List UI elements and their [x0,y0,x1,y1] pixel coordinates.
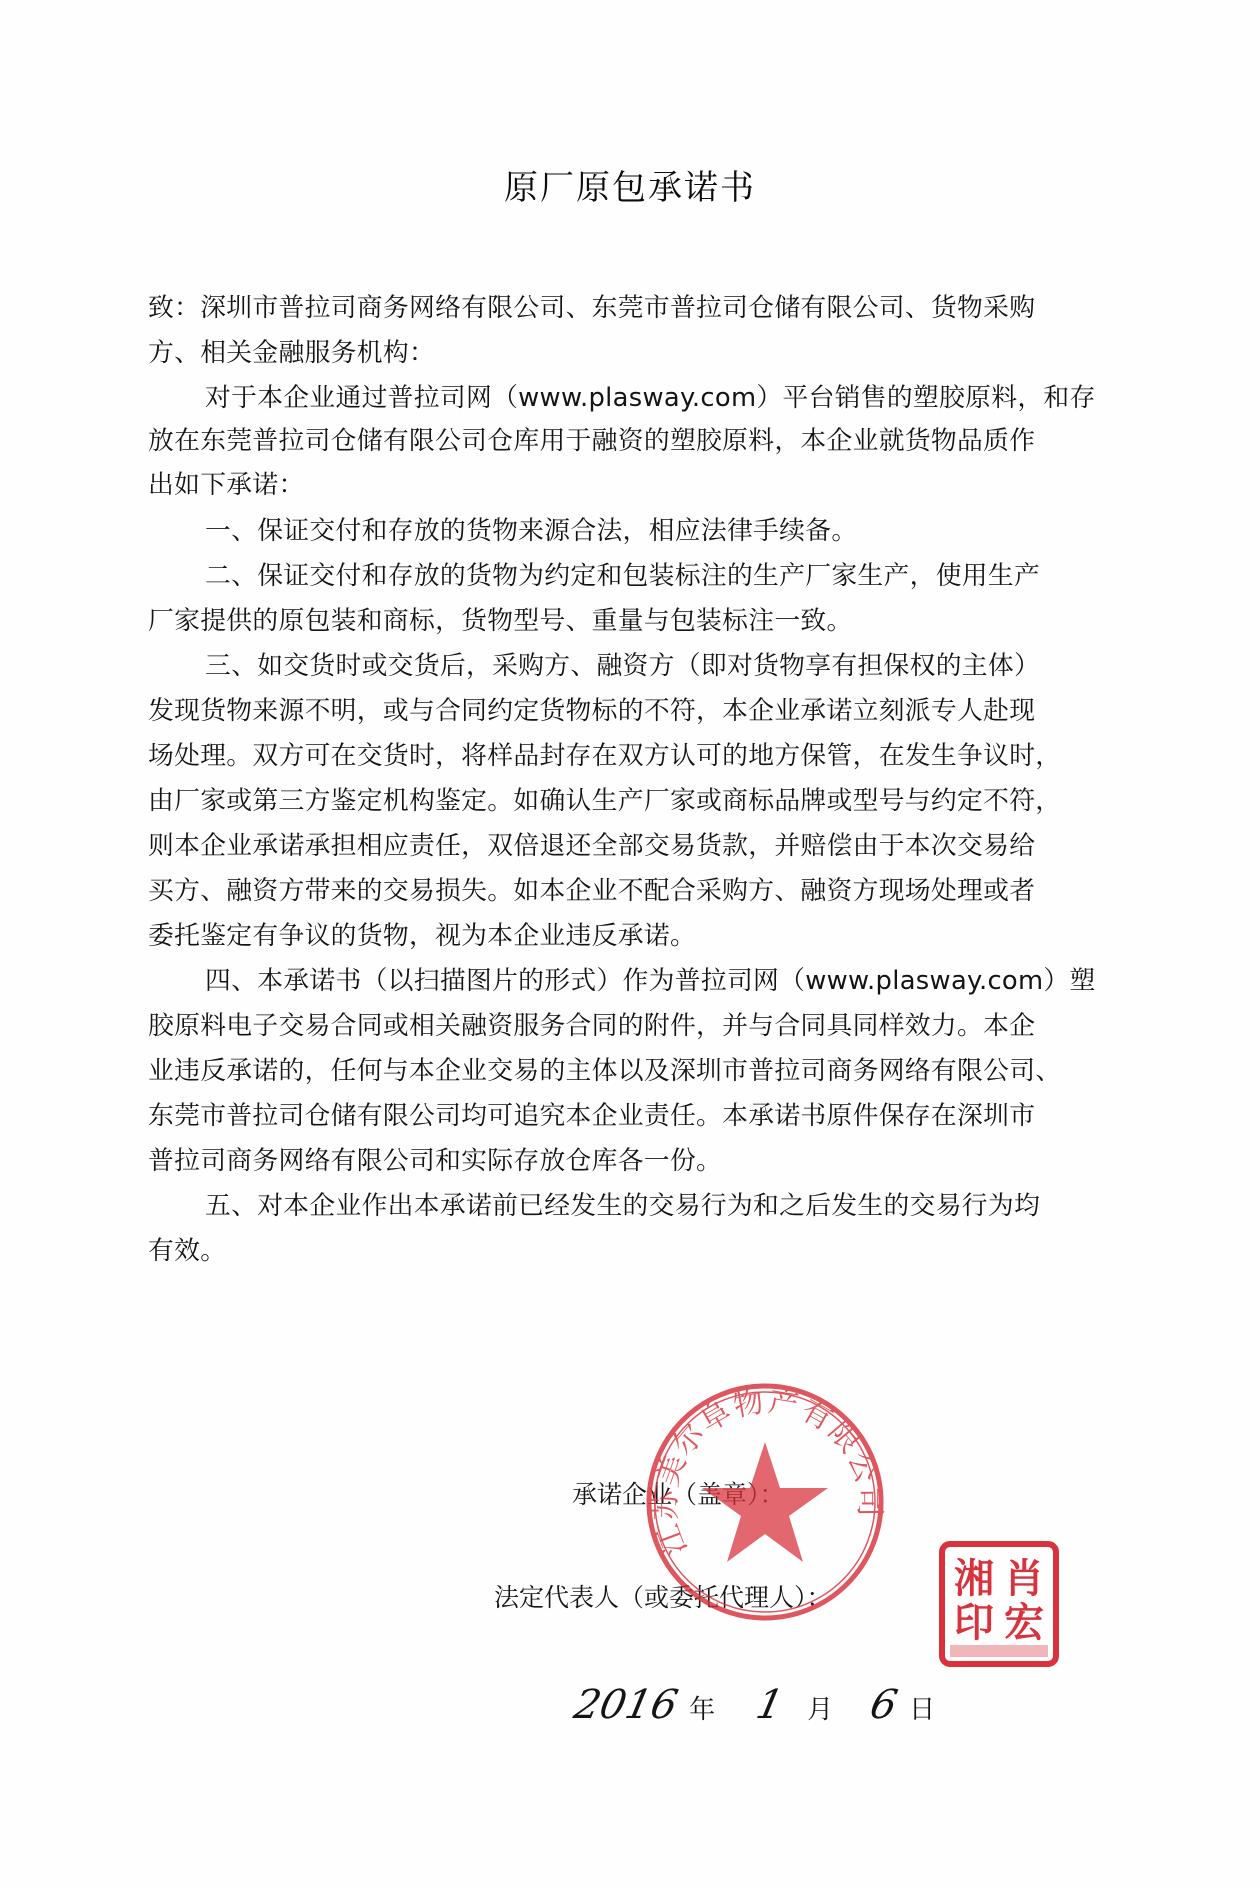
text-line: 普拉司商务网络有限公司和实际存放仓库各一份。 [148,1140,722,1177]
text-line: 胶原料电子交易合同或相关融资服务合同的附件，并与合同具同样效力。本企 [148,1005,1035,1042]
text-line: 由厂家或第三方鉴定机构鉴定。如确认生产厂家或商标品牌或型号与约定不符， [148,780,1061,817]
seal-char: 肖 [1004,1556,1044,1602]
text-line: 方、相关金融服务机构： [148,332,435,369]
document-page: 原厂原包承诺书 致：深圳市普拉司商务网络有限公司、东莞市普拉司仓储有限公司、货物… [0,0,1260,1888]
text-line: 对于本企业通过普拉司网（www.plasway.com）平台销售的塑胶原料，和存 [205,377,1096,414]
text-line: 则本企业承诺承担相应责任，双倍退还全部交易货款，并赔偿由于本次交易给 [148,825,1035,862]
text-line: 五、对本企业作出本承诺前已经发生的交易行为和之后发生的交易行为均 [205,1185,1040,1222]
handwritten-day: 6 [866,1682,901,1728]
signature-date: 2016 年 1 月 6 日 [575,1682,935,1732]
text-line: 致：深圳市普拉司商务网络有限公司、东莞市普拉司仓储有限公司、货物采购 [148,287,1035,324]
text-line: 一、保证交付和存放的货物来源合法，相应法律手续备。 [205,510,857,547]
handwritten-month: 1 [752,1682,787,1728]
text-line: 委托鉴定有争议的货物，视为本企业违反承诺。 [148,915,696,952]
text-line: 出如下承诺： [148,464,305,501]
text-line: 场处理。双方可在交货时，将样品封存在双方认可的地方保管，在发生争议时， [148,735,1061,772]
seal-serial-strip [950,1645,1048,1657]
seal-char: 宏 [1004,1600,1044,1646]
day-unit: 日 [909,1695,935,1725]
text-line: 四、本承诺书（以扫描图片的形式）作为普拉司网（www.plasway.com）塑 [205,960,1096,997]
year-unit: 年 [689,1695,715,1725]
personal-seal-icon: 肖 宏 湘 印 [938,1540,1060,1668]
text-line: 有效。 [148,1230,226,1267]
document-title: 原厂原包承诺书 [0,160,1260,209]
text-line: 三、如交货时或交货后，采购方、融资方（即对货物享有担保权的主体） [205,645,1040,682]
company-seal-icon: 江苏美尔阜物产有限公司 [640,1380,890,1625]
text-line: 发现货物来源不明，或与合同约定货物标的不符，本企业承诺立刻派专人赴现 [148,690,1035,727]
text-line: 放在东莞普拉司仓储有限公司仓库用于融资的塑胶原料，本企业就货物品质作 [148,420,1035,457]
text-line: 买方、融资方带来的交易损失。如本企业不配合采购方、融资方现场处理或者 [148,870,1035,907]
text-line: 厂家提供的原包装和商标，货物型号、重量与包装标注一致。 [148,600,853,637]
text-line: 东莞市普拉司仓储有限公司均可追究本企业责任。本承诺书原件保存在深圳市 [148,1095,1035,1132]
month-unit: 月 [807,1695,833,1725]
text-line: 二、保证交付和存放的货物为约定和包装标注的生产厂家生产，使用生产 [205,555,1040,592]
handwritten-year: 2016 [570,1682,682,1728]
seal-char: 印 [954,1600,994,1646]
seal-char: 湘 [954,1556,994,1602]
text-line: 业违反承诺的，任何与本企业交易的主体以及深圳市普拉司商务网络有限公司、 [148,1050,1061,1087]
